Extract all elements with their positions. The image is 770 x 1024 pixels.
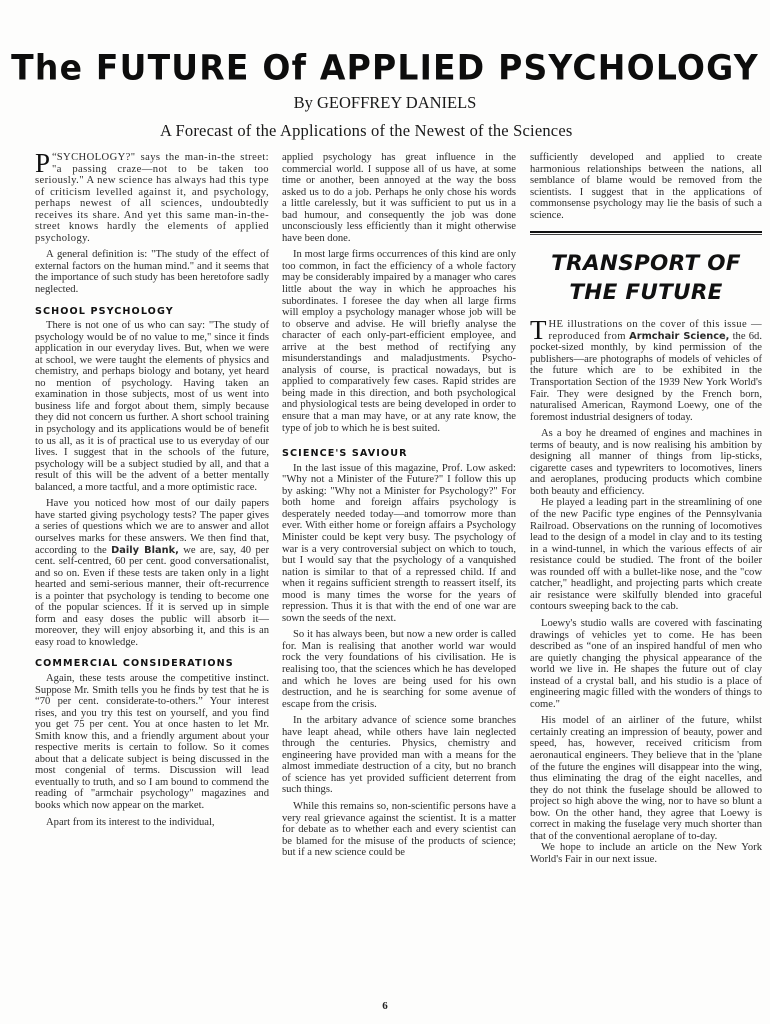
commercial-paragraph-1: Again, these tests arouse the competitiv… [35,673,269,812]
column-left: “PSYCHOLOGY?" says the man-in-the street… [35,152,269,828]
sidebar-paragraph-3: He played a leading part in the streamli… [530,497,762,612]
section-heading-saviour: SCIENCE'S SAVIOUR [282,448,516,460]
sidebar-headline: TRANSPORT OF THE FUTURE [530,249,762,307]
column-middle: applied psychology has great influence i… [282,152,516,859]
saviour-paragraph-3: In the arbitary advance of science some … [282,715,516,796]
intro-paragraph-2: A general definition is: "The study of t… [35,249,269,295]
sidebar-paragraph-1: THE illustrations on the cover of this i… [530,319,762,423]
sidebar-paragraph-6: We hope to include an article on the New… [530,842,762,865]
article-title: The FUTURE Of APPLIED PSYCHOLOGY [0,47,770,89]
sidebar-paragraph-1-part-b: the 6d. pocket-sized monthly, by kind pe… [530,331,762,423]
column-right: sufficiently developed and applied to cr… [530,152,762,870]
article-subtitle: A Forecast of the Applications of the Ne… [160,121,760,141]
sidebar-dropcap-letter: T [530,320,547,340]
commercial-paragraph-2-start: Apart from its interest to the individua… [35,817,269,829]
page-number: 6 [0,1000,770,1012]
dropcap-letter: P [35,153,50,173]
section-divider-rule [530,231,762,235]
saviour-paragraph-2: So it has always been, but now a new ord… [282,629,516,710]
magazine-page: The FUTURE Of APPLIED PSYCHOLOGY By GEOF… [0,0,770,1024]
commercial-paragraph-3: In most large firms occurrences of this … [282,249,516,434]
commercial-paragraph-2-continued: applied psychology has great influence i… [282,152,516,244]
school-paragraph-2-part-b: we are, say, 40 per cent. self-centred, … [35,545,269,648]
intro-paragraph-1: “PSYCHOLOGY?" says the man-in-the street… [35,152,269,244]
saviour-paragraph-1: In the last issue of this magazine, Prof… [282,463,516,625]
sidebar-paragraph-2: As a boy he dreamed of engines and machi… [530,428,762,497]
school-paragraph-1: There is not one of us who can say: "The… [35,320,269,493]
article-byline: By GEOFFREY DANIELS [0,93,770,113]
sidebar-paragraph-4: Loewy's studio walls are covered with fa… [530,618,762,710]
intro-text: SYCHOLOGY?" says the man-in-the street: … [35,152,269,244]
school-paragraph-2: Have you noticed how most of our daily p… [35,498,269,648]
daily-blank-emphasis: Daily Blank, [111,545,179,556]
sidebar-paragraph-5: His model of an airliner of the future, … [530,715,762,842]
saviour-paragraph-4-continued: sufficiently developed and applied to cr… [530,152,762,221]
armchair-science-emphasis: Armchair Science, [629,331,729,342]
section-heading-school: SCHOOL PSYCHOLOGY [35,306,269,318]
section-heading-commercial: COMMERCIAL CONSIDERATIONS [35,658,269,670]
saviour-paragraph-4-start: While this remains so, non-scientific pe… [282,801,516,859]
